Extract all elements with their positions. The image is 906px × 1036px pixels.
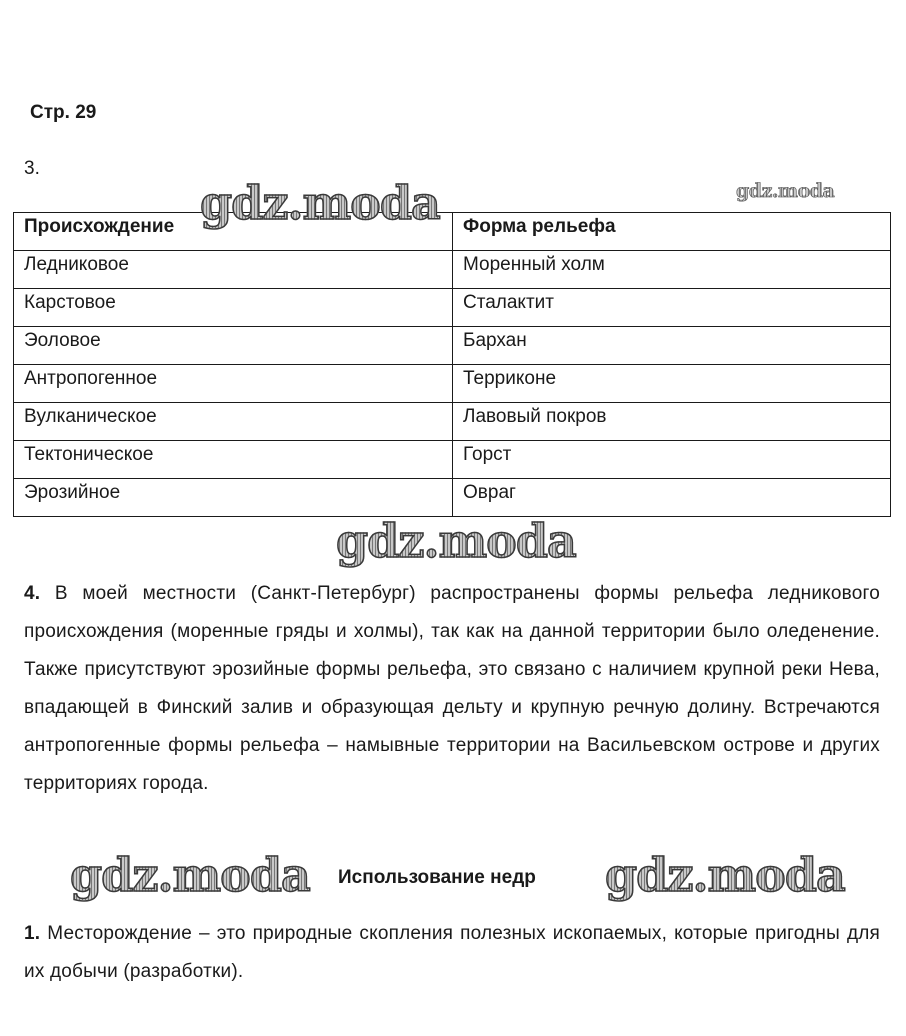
column-header-origin: Происхождение: [14, 213, 453, 251]
watermark: gdz.moda: [70, 850, 310, 900]
origin-cell: Карстовое: [14, 289, 453, 327]
table-row: Карстовое Сталактит: [14, 289, 891, 327]
origin-cell: Вулканическое: [14, 403, 453, 441]
task-1-answer: 1. Месторождение – это природные скоплен…: [24, 915, 880, 991]
table-row: Ледниковое Моренный холм: [14, 251, 891, 289]
landform-cell: Горст: [453, 441, 891, 479]
column-header-landform: Форма рельефа: [453, 213, 891, 251]
table-row: Антропогенное Терриконе: [14, 365, 891, 403]
origin-cell: Ледниковое: [14, 251, 453, 289]
task-1-number: 1.: [24, 923, 40, 944]
page-label: Стр. 29: [30, 100, 102, 126]
landform-cell: Овраг: [453, 479, 891, 517]
task-4-answer: 4. В моей местности (Санкт-Петербург) ра…: [24, 575, 880, 803]
table-row: Тектоническое Горст: [14, 441, 891, 479]
task-4-number: 4.: [24, 583, 40, 604]
origin-cell: Антропогенное: [14, 365, 453, 403]
relief-origin-table: Происхождение Форма рельефа Ледниковое М…: [13, 212, 891, 517]
landform-cell: Сталактит: [453, 289, 891, 327]
landform-cell: Бархан: [453, 327, 891, 365]
landform-cell: Лавовый покров: [453, 403, 891, 441]
table-header-row: Происхождение Форма рельефа: [14, 213, 891, 251]
watermark: gdz.moda: [336, 516, 576, 566]
watermark: gdz.moda: [605, 850, 845, 900]
origin-cell: Тектоническое: [14, 441, 453, 479]
table-row: Вулканическое Лавовый покров: [14, 403, 891, 441]
task-3-number: 3.: [24, 156, 40, 182]
watermark: gdz.moda: [736, 180, 834, 202]
origin-cell: Эрозийное: [14, 479, 453, 517]
table-row: Эрозийное Овраг: [14, 479, 891, 517]
task-4-text: В моей местности (Санкт-Петербург) распр…: [24, 583, 880, 794]
landform-cell: Моренный холм: [453, 251, 891, 289]
task-1-text: Месторождение – это природные скопления …: [24, 923, 880, 982]
landform-cell: Терриконе: [453, 365, 891, 403]
origin-cell: Эоловое: [14, 327, 453, 365]
section-heading: Использование недр: [338, 864, 536, 892]
table-row: Эоловое Бархан: [14, 327, 891, 365]
